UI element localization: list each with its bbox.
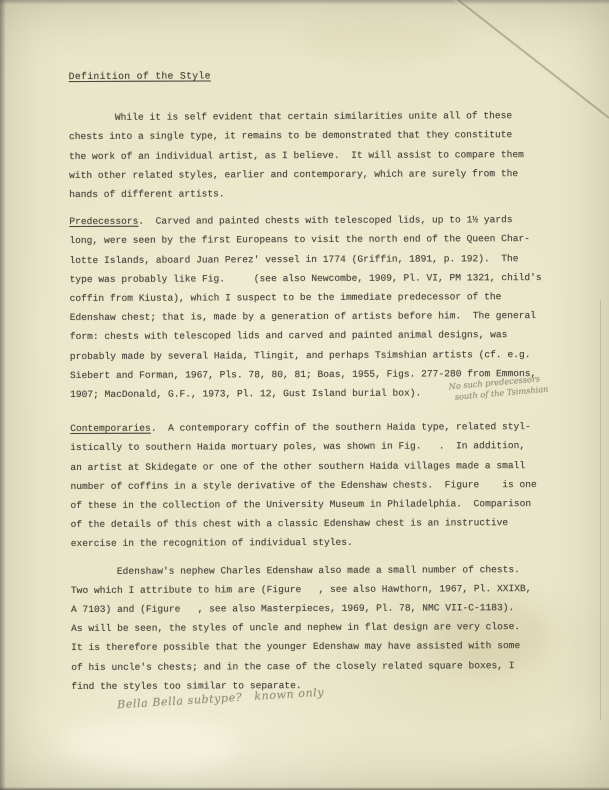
paragraph-first-line: Edenshaw's nephew Charles Edenshaw also … [71,564,520,577]
page-title: Definition of the Style [69,65,555,86]
paragraph-first-line: . Carved and painted chests with telesco… [138,214,512,227]
paragraph-body-lines: chests into a single type, it remains to… [69,125,555,204]
paragraph-predecessors: Predecessors. Carved and painted chests … [69,210,556,404]
paragraph-lead-word: Contemporaries [70,423,151,434]
paragraph-body-lines: Two which I attribute to him are (Figure… [71,579,557,696]
paragraph-body-lines: istically to southern Haida mortuary pol… [70,436,556,553]
paragraph-first-line: While it is self evident that certain si… [69,110,512,123]
paragraph-intro: While it is self evident that certain si… [69,106,555,204]
paragraph-contemporaries: Contemporaries. A contemporary coffin of… [70,417,557,554]
paragraph-nephew: Edenshaw's nephew Charles Edenshaw also … [71,560,558,697]
paragraph-lead-word: Predecessors [69,216,138,227]
paper-stain [300,20,460,60]
scan-edge-shadow-left [0,0,6,790]
paper-stain [60,720,240,770]
scan-edge-shadow-top [0,0,609,5]
scanned-page: Definition of the Style While it is self… [0,0,609,790]
paragraph-first-line: . A contemporary coffin of the southern … [151,421,531,434]
paper-right-crease [600,300,601,720]
